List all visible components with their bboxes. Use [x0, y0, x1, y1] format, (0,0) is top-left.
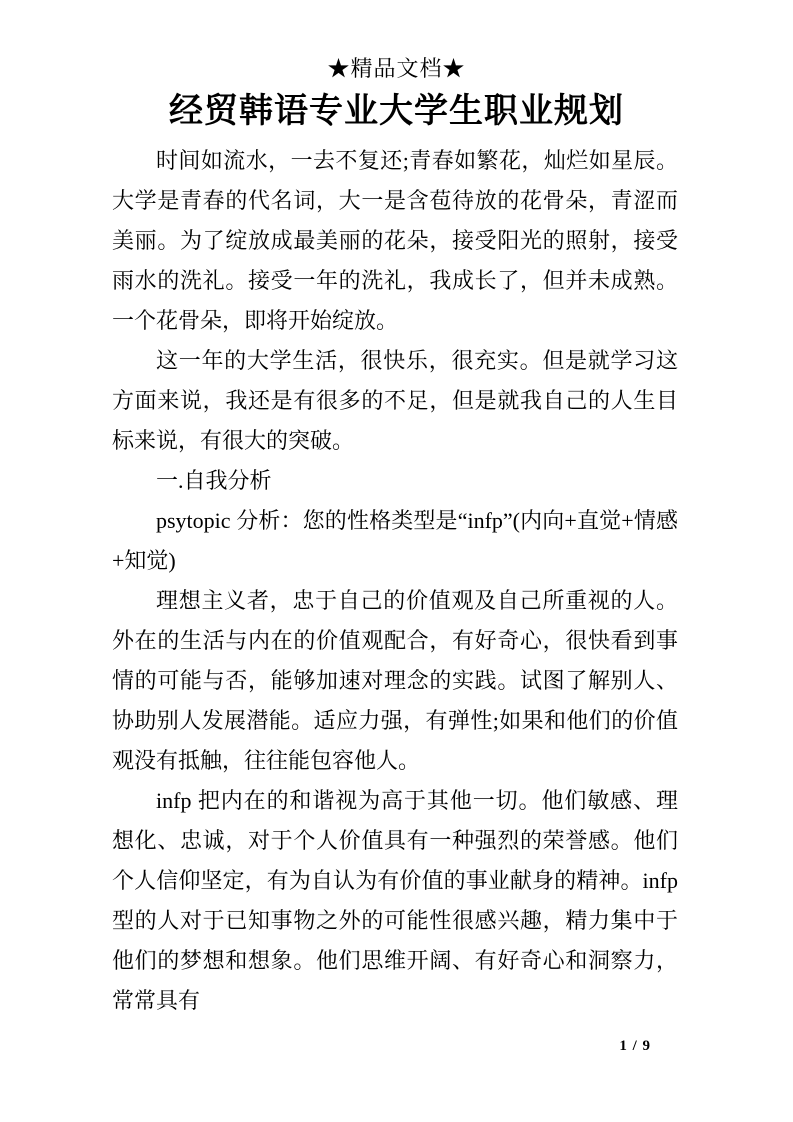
document-body: 时间如流水，一去不复还;青春如繁花，灿烂如星辰。大学是青春的代名词，大一是含苞待… — [112, 141, 678, 1021]
header-mark: ★精品文档★ — [0, 55, 793, 83]
paragraph: 时间如流水，一去不复还;青春如繁花，灿烂如星辰。大学是青春的代名词，大一是含苞待… — [112, 141, 678, 341]
paragraph: infp 把内在的和谐视为高于其他一切。他们敏感、理想化、忠诚，对于个人价值具有… — [112, 781, 678, 1021]
paragraph: 这一年的大学生活，很快乐，很充实。但是就学习这方面来说，我还是有很多的不足，但是… — [112, 341, 678, 461]
paragraph: 理想主义者，忠于自己的价值观及自己所重视的人。外在的生活与内在的价值观配合，有好… — [112, 581, 678, 781]
paragraph: psytopic 分析：您的性格类型是“infp”(内向+直觉+情感+知觉) — [112, 501, 678, 581]
document-title: 经贸韩语专业大学生职业规划 — [0, 91, 793, 133]
document-page: ★精品文档★ 经贸韩语专业大学生职业规划 时间如流水，一去不复还;青春如繁花，灿… — [0, 0, 793, 1122]
section-heading: 一.自我分析 — [112, 461, 678, 501]
page-number: 1 / 9 — [619, 1036, 651, 1056]
